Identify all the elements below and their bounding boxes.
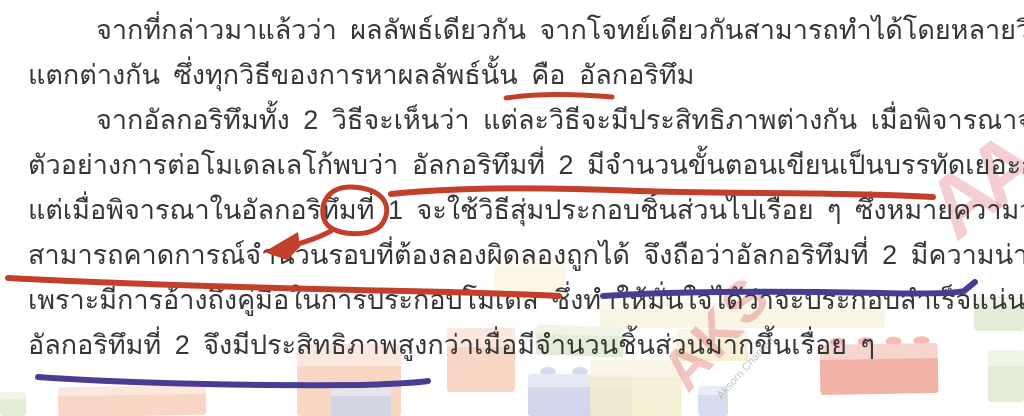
lego-brick [331, 388, 391, 416]
document-page: A A AKS Aksorn Charoen จากที่กล่าวมาแล้ว… [0, 0, 1024, 416]
text-line: ตัวอย่างการต่อโมเดลเลโก้พบว่า อัลกอริทึม… [28, 143, 1024, 187]
lego-stud [540, 367, 556, 376]
text-line: อัลกอริทึมที่ 2 จึงมีประสิทธิภาพสูงกว่าเ… [28, 323, 875, 367]
lego-brick [0, 392, 26, 416]
text-line: เพราะมีการอ้างถึงคู่มือในการประกอบโมเดล … [28, 278, 1024, 322]
text-line: จากอัลกอริทึมทั้ง 2 วิธีจะเห็นว่า แต่ละว… [96, 98, 1024, 142]
lego-brick [58, 385, 207, 416]
lego-stud [913, 336, 929, 345]
text-line: แตกต่างกัน ซึ่งทุกวิธีของการหาผลลัพธ์นั้… [28, 53, 694, 97]
text-line: แต่เมื่อพิจารณาในอัลกอริทึมที่ 1 จะใช้วิ… [28, 188, 1024, 232]
lego-brick [988, 350, 1024, 402]
lego-stud [885, 337, 901, 346]
lego-stud [572, 367, 588, 376]
text-line: สามารถคาดการณ์จำนวนรอบที่ต้องลองผิดลองถู… [28, 233, 1024, 277]
text-line: จากที่กล่าวมาแล้วว่า ผลลัพธ์เดียวกัน จาก… [96, 8, 1024, 52]
